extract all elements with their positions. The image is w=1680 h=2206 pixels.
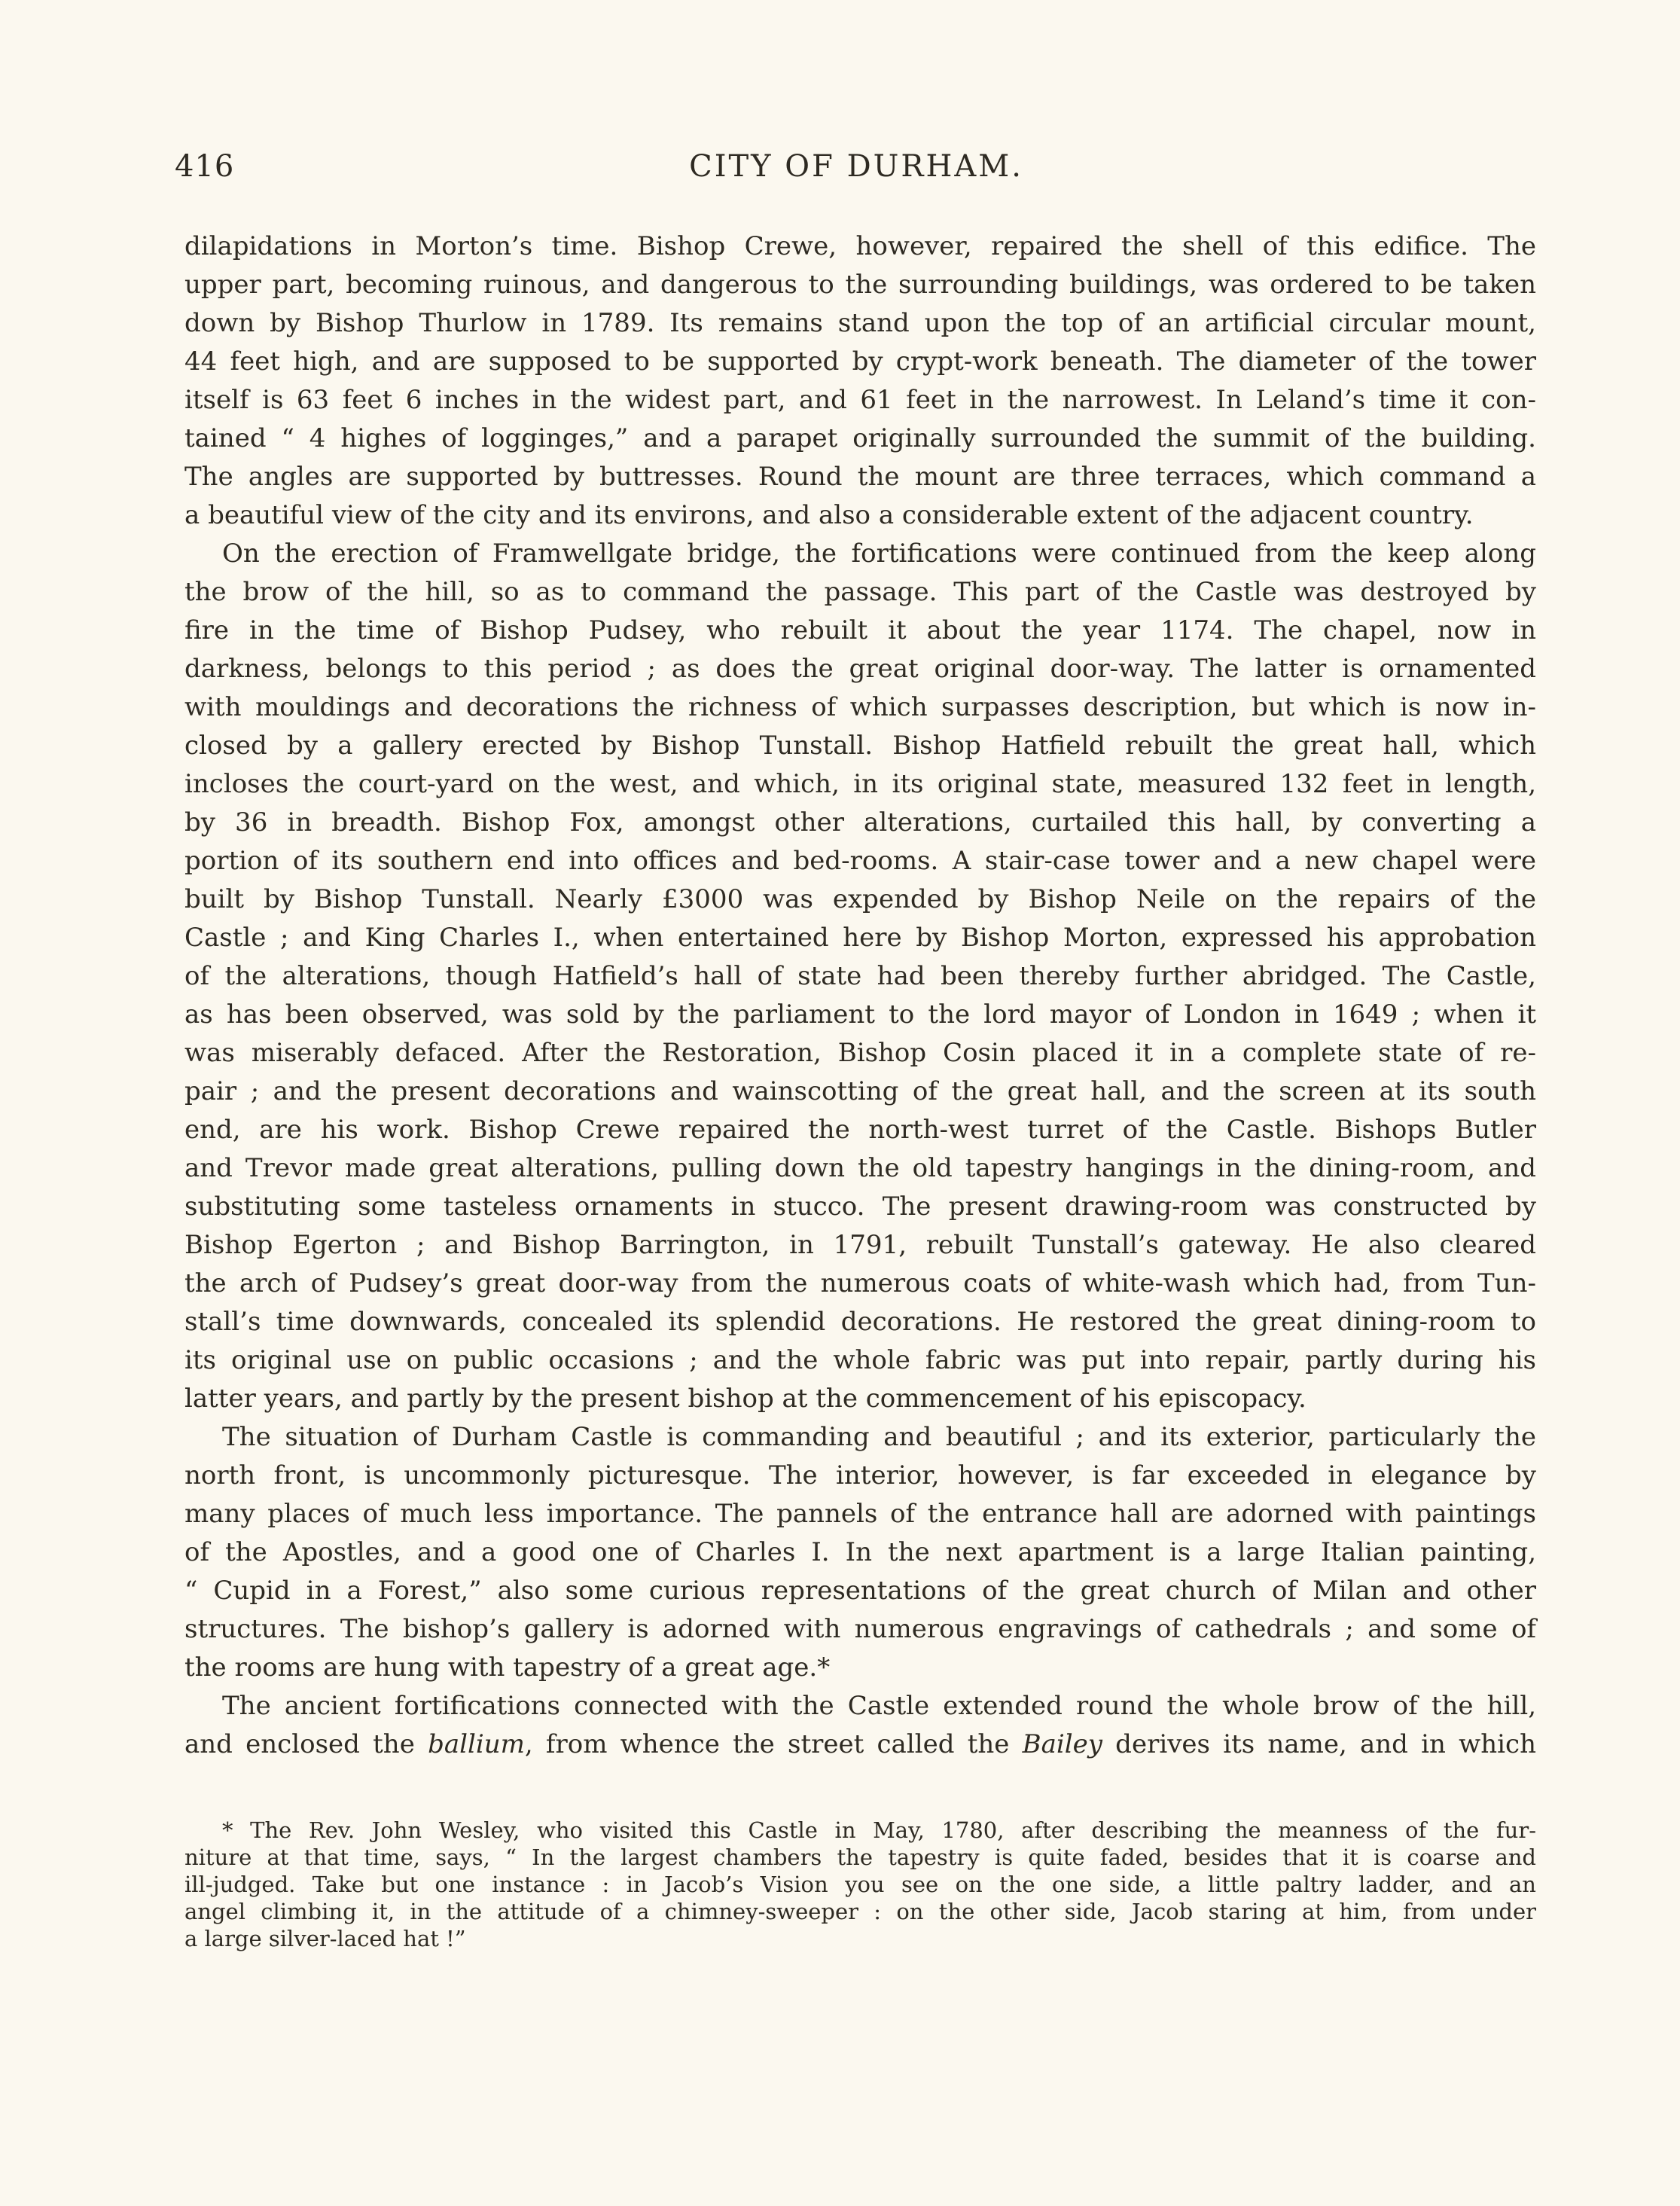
paragraph-start-line: The ancient fortifications connected wit… [184,1687,1536,1725]
text-line: the brow of the hill, so as to command t… [184,573,1536,612]
text-line: latter years, and partly by the present … [184,1380,1536,1418]
text-line: 44 feet high, and are supposed to be sup… [184,343,1536,381]
text-line: was miserably defaced. After the Restora… [184,1034,1536,1072]
text-line: incloses the court-yard on the west, and… [184,765,1536,804]
footnote-line: ill-judged. Take but one instance : in J… [184,1871,1536,1898]
footnote: * The Rev. John Wesley, who visited this… [184,1817,1536,1952]
text-line: structures. The bishop’s gallery is ador… [184,1610,1536,1649]
running-title: CITY OF DURHAM. [175,149,1538,184]
text-line: the rooms are hung with tapestry of a gr… [184,1649,1536,1687]
text-line: tained “ 4 highes of logginges,” and a p… [184,420,1536,458]
text-line: portion of its southern end into offices… [184,842,1536,880]
footnote-line: * The Rev. John Wesley, who visited this… [184,1817,1536,1844]
text-line: of the alterations, though Hatfield’s ha… [184,957,1536,996]
text-line-with-italics: and enclosed the ballium, from whence th… [184,1725,1536,1764]
italic-term-bailey: Bailey [1023,1729,1102,1759]
text-line: substituting some tasteless ornaments in… [184,1188,1536,1226]
text-line: darkness, belongs to this period ; as do… [184,650,1536,688]
text-line: fire in the time of Bishop Pudsey, who r… [184,612,1536,650]
text-line: many places of much less importance. The… [184,1495,1536,1533]
text-line: its original use on public occasions ; a… [184,1341,1536,1380]
text-line: “ Cupid in a Forest,” also some curious … [184,1572,1536,1610]
text-line: and Trevor made great alterations, pulli… [184,1149,1536,1188]
book-page: 416 CITY OF DURHAM. dilapidations in Mor… [0,0,1680,2206]
text-line: Bishop Egerton ; and Bishop Barrington, … [184,1226,1536,1265]
footnote-line: niture at that time, says, “ In the larg… [184,1844,1536,1871]
footnote-line: a large silver-laced hat !” [184,1925,1536,1952]
text-line: stall’s time downwards, concealed its sp… [184,1303,1536,1341]
body-text: dilapidations in Morton’s time. Bishop C… [184,227,1536,1764]
text-line: built by Bishop Tunstall. Nearly £3000 w… [184,880,1536,919]
running-head: 416 CITY OF DURHAM. [175,149,1538,194]
text-line: the arch of Pudsey’s great door-way from… [184,1265,1536,1303]
text-line: of the Apostles, and a good one of Charl… [184,1533,1536,1572]
text-line: by 36 in breadth. Bishop Fox, amongst ot… [184,804,1536,842]
text-line: as has been observed, was sold by the pa… [184,996,1536,1034]
italic-term-ballium: ballium [428,1729,525,1759]
paragraph-start-line: On the erection of Framwellgate bridge, … [184,535,1536,573]
text-line: end, are his work. Bishop Crewe repaired… [184,1111,1536,1149]
paragraph-start-line: The situation of Durham Castle is comman… [184,1418,1536,1457]
text-line: a beautiful view of the city and its env… [184,496,1536,535]
text-line: north front, is uncommonly picturesque. … [184,1457,1536,1495]
footnote-line: angel climbing it, in the attitude of a … [184,1898,1536,1925]
text-line: itself is 63 feet 6 inches in the widest… [184,381,1536,420]
text-line: upper part, becoming ruinous, and danger… [184,266,1536,304]
text-line: The angles are supported by buttresses. … [184,458,1536,496]
text-line: pair ; and the present decorations and w… [184,1072,1536,1111]
text-line: Castle ; and King Charles I., when enter… [184,919,1536,957]
text-line: dilapidations in Morton’s time. Bishop C… [184,227,1536,266]
text-line: down by Bishop Thurlow in 1789. Its rema… [184,304,1536,343]
text-line: closed by a gallery erected by Bishop Tu… [184,727,1536,765]
text-line: with mouldings and decorations the richn… [184,688,1536,727]
